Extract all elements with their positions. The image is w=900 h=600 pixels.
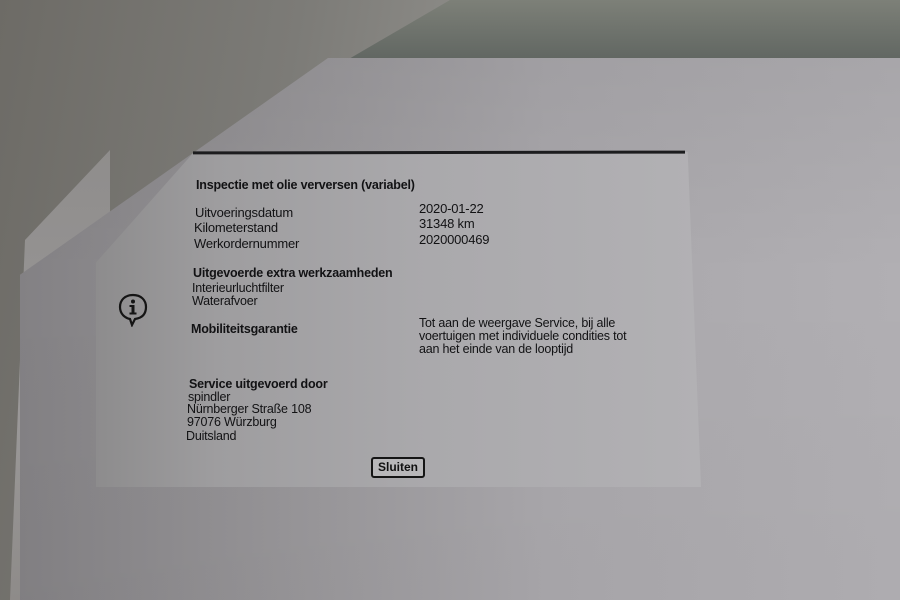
detail-label-workorder: Werkordernummer bbox=[194, 236, 299, 251]
detail-value-date: 2020-01-22 bbox=[419, 201, 484, 216]
detail-label-date: Uitvoeringsdatum bbox=[195, 205, 293, 220]
extra-work-item: Waterafvoer bbox=[192, 295, 257, 308]
info-speech-bubble-icon bbox=[117, 293, 149, 327]
detail-value-workorder: 2020000469 bbox=[419, 232, 489, 247]
mobility-heading: Mobiliteitsgarantie bbox=[191, 322, 298, 336]
mobility-text-line: aan het einde van de looptijd bbox=[419, 343, 573, 356]
service-by-line: 97076 Würzburg bbox=[187, 416, 277, 429]
extra-work-heading: Uitgevoerde extra werkzaamheden bbox=[193, 266, 392, 280]
detail-value-mileage: 31348 km bbox=[419, 216, 475, 231]
service-by-line: Duitsland bbox=[186, 430, 236, 443]
service-by-heading: Service uitgevoerd door bbox=[189, 377, 328, 391]
detail-label-mileage: Kilometerstand bbox=[194, 220, 278, 235]
close-button[interactable]: Sluiten bbox=[371, 457, 425, 478]
dialog-title: Inspectie met olie verversen (variabel) bbox=[196, 178, 415, 192]
